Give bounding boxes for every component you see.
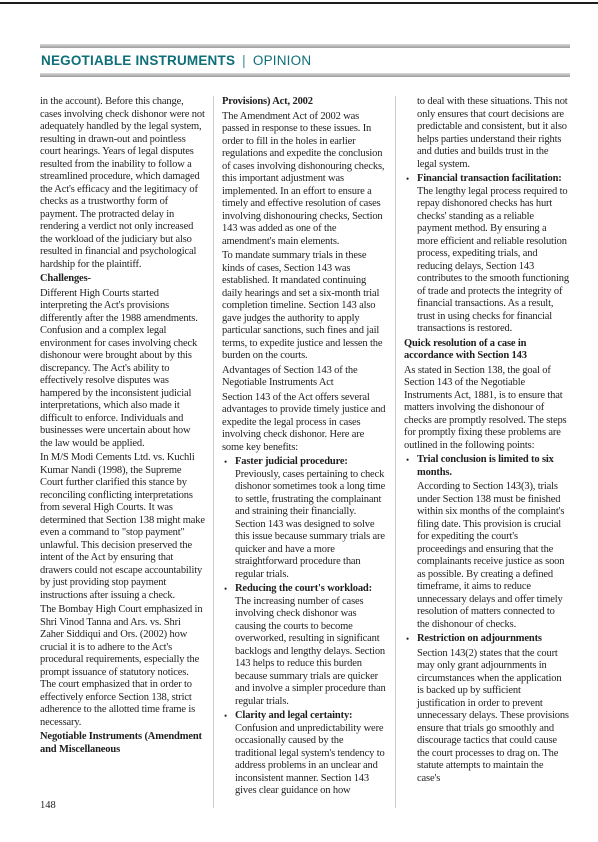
page-number: 148 bbox=[40, 800, 56, 811]
paragraph: To mandate summary trials in these kinds… bbox=[222, 250, 387, 363]
bullet-lead-text: Trial conclusion is limited to six month… bbox=[417, 454, 554, 478]
paragraph: In M/S Modi Cements Ltd. vs. Kuchli Kuma… bbox=[40, 452, 205, 602]
column-divider bbox=[213, 96, 214, 808]
paragraph: As stated in Section 138, the goal of Se… bbox=[404, 365, 569, 453]
page-header: NEGOTIABLE INSTRUMENTS | OPINION bbox=[40, 44, 570, 77]
page-footer: 148 bbox=[40, 800, 56, 811]
bullet-lead-text: Financial transaction facilitation: bbox=[417, 173, 562, 184]
bullet-lead-text: Faster judicial procedure: bbox=[235, 456, 348, 467]
paragraph: The Bombay High Court emphasized in Shri… bbox=[40, 604, 205, 729]
paragraph: Different High Courts started interpreti… bbox=[40, 288, 205, 451]
bullet-icon: • bbox=[406, 173, 409, 186]
page-top-rule bbox=[0, 2, 598, 4]
title-separator: | bbox=[242, 53, 246, 69]
bullet-icon: • bbox=[224, 710, 227, 723]
bullet-item: •Faster judicial procedure: Previously, … bbox=[222, 456, 387, 581]
paragraph: The Amendment Act of 2002 was passed in … bbox=[222, 111, 387, 249]
header-bottom-rule bbox=[40, 73, 570, 77]
bullet-item: •Reducing the court's workload: The incr… bbox=[222, 583, 387, 708]
paragraph: to deal with these situations. This not … bbox=[404, 96, 569, 171]
masthead: NEGOTIABLE INSTRUMENTS | OPINION bbox=[40, 48, 570, 73]
bullet-icon: • bbox=[224, 583, 227, 596]
section-title: NEGOTIABLE INSTRUMENTS bbox=[41, 53, 235, 69]
section-heading: Quick resolution of a case in accordance… bbox=[404, 338, 569, 363]
article-columns: in the account). Before this change, cas… bbox=[40, 96, 570, 808]
paragraph: Section 143 of the Act offers several ad… bbox=[222, 392, 387, 455]
bullet-item: •Clarity and legal certainty: Confusion … bbox=[222, 710, 387, 798]
text-column-3: to deal with these situations. This not … bbox=[404, 96, 569, 808]
bullet-item: •Restriction on adjournments bbox=[404, 633, 569, 646]
bullet-item: •Financial transaction facilitation: The… bbox=[404, 173, 569, 336]
bullet-icon: • bbox=[406, 633, 409, 646]
text-column-1: in the account). Before this change, cas… bbox=[40, 96, 205, 808]
section-category: OPINION bbox=[253, 53, 311, 69]
section-heading: Provisions) Act, 2002 bbox=[222, 96, 387, 109]
paragraph: Section 143(2) states that the court may… bbox=[404, 648, 569, 786]
bullet-item: •Trial conclusion is limited to six mont… bbox=[404, 454, 569, 479]
bullet-lead-text: Clarity and legal certainty: bbox=[235, 710, 352, 721]
column-divider bbox=[395, 96, 396, 808]
section-heading: Challenges- bbox=[40, 273, 205, 286]
bullet-icon: • bbox=[406, 454, 409, 467]
paragraph: in the account). Before this change, cas… bbox=[40, 96, 205, 271]
paragraph: According to Section 143(3), trials unde… bbox=[404, 481, 569, 631]
paragraph: Advantages of Section 143 of the Negotia… bbox=[222, 365, 387, 390]
bullet-icon: • bbox=[224, 456, 227, 469]
section-heading: Negotiable Instruments (Amendment and Mi… bbox=[40, 731, 205, 756]
bullet-lead-text: Restriction on adjournments bbox=[417, 633, 542, 644]
text-column-2: Provisions) Act, 2002The Amendment Act o… bbox=[222, 96, 387, 808]
bullet-lead-text: Reducing the court's workload: bbox=[235, 583, 372, 594]
